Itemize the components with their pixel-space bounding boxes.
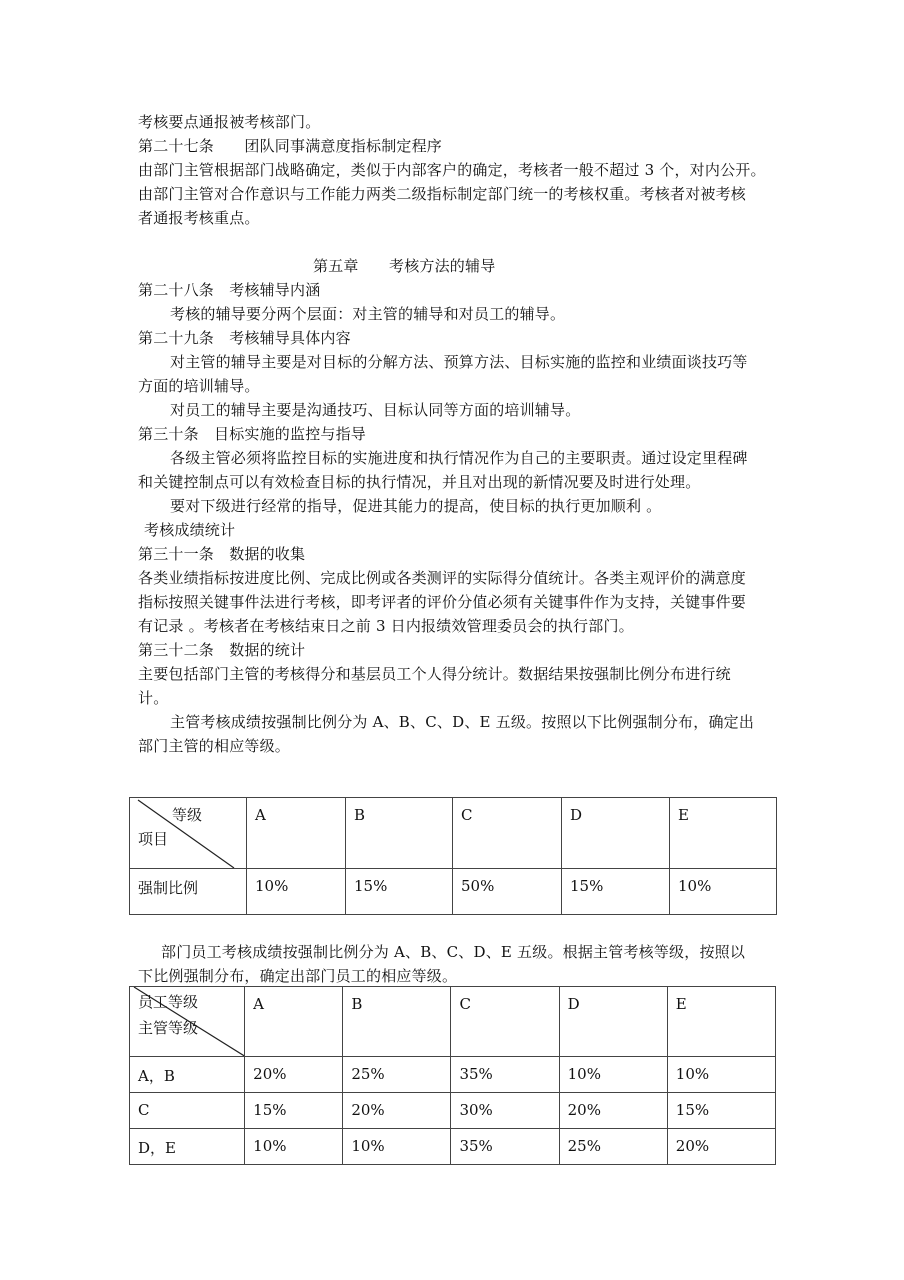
table-row: C 15% 20% 30% 20% 15%: [130, 1093, 776, 1129]
table-cell: 15%: [346, 869, 453, 915]
table-header-row: 等级 项目 A B C D E: [130, 798, 777, 869]
corner-label-bottom: 项目: [138, 828, 168, 849]
header-cell: E: [667, 987, 775, 1057]
diagonal-header-cell: 员工等级 主管等级: [130, 987, 245, 1057]
header-cell: B: [343, 987, 451, 1057]
row-label: 强制比例: [130, 869, 247, 915]
table-cell: 10%: [343, 1129, 451, 1165]
paragraph-line: 有记录 。考核者在考核结束日之前 3 日内报绩效管理委员会的执行部门。: [138, 614, 634, 638]
table-cell: 50%: [453, 869, 562, 915]
table-cell: 20%: [245, 1057, 343, 1093]
table-cell: 15%: [245, 1093, 343, 1129]
article-heading-30: 第三十条 目标实施的监控与指导: [138, 422, 366, 446]
paragraph-line: 部门员工考核成绩按强制比例分为 A、B、C、D、E 五级。根据主管考核等级，按照…: [161, 940, 745, 964]
table-cell: 20%: [559, 1093, 667, 1129]
table-header-row: 员工等级 主管等级 A B C D E: [130, 987, 776, 1057]
paragraph-line: 主管考核成绩按强制比例分为 A、B、C、D、E 五级。按照以下比例强制分布，确定…: [170, 710, 754, 734]
table-cell: 25%: [343, 1057, 451, 1093]
row-label: C: [130, 1093, 245, 1129]
paragraph-line: 对主管的辅导主要是对目标的分解方法、预算方法、目标实施的监控和业绩面谈技巧等: [170, 350, 748, 374]
article-heading-29: 第二十九条 考核辅导具体内容: [138, 326, 351, 350]
paragraph-line: 者通报考核重点。: [138, 206, 260, 230]
table-cell: 25%: [559, 1129, 667, 1165]
paragraph-line: 下比例强制分布，确定出部门员工的相应等级。: [138, 964, 457, 988]
supervisor-distribution-table: 等级 项目 A B C D E 强制比例 10% 15% 50% 15% 10%: [129, 797, 777, 915]
paragraph-line: 主要包括部门主管的考核得分和基层员工个人得分统计。数据结果按强制比例分布进行统: [138, 662, 731, 686]
table-cell: 30%: [451, 1093, 559, 1129]
table-cell: 10%: [667, 1057, 775, 1093]
article-heading-28: 第二十八条 考核辅导内涵: [138, 278, 320, 302]
table-row: D，E 10% 10% 35% 25% 20%: [130, 1129, 776, 1165]
table-cell: 10%: [247, 869, 346, 915]
corner-label-top: 员工等级: [138, 991, 198, 1012]
paragraph-line: 由部门主管对合作意识与工作能力两类二级指标制定部门统一的考核权重。考核者对被考核: [138, 182, 746, 206]
paragraph-line: 要对下级进行经常的指导，促进其能力的提高，使目标的执行更加顺利 。: [170, 494, 661, 518]
paragraph-line: 部门主管的相应等级。: [138, 734, 290, 758]
header-cell: C: [451, 987, 559, 1057]
header-cell: D: [559, 987, 667, 1057]
table-cell: 10%: [670, 869, 777, 915]
article-heading-31: 第三十一条 数据的收集: [138, 542, 305, 566]
table-cell: 20%: [667, 1129, 775, 1165]
row-label: D，E: [130, 1129, 245, 1165]
table-cell: 15%: [562, 869, 670, 915]
table-cell: 35%: [451, 1129, 559, 1165]
article-heading-32: 第三十二条 数据的统计: [138, 638, 305, 662]
header-cell: A: [245, 987, 343, 1057]
table-cell: 10%: [559, 1057, 667, 1093]
paragraph-line: 方面的培训辅导。: [138, 374, 260, 398]
chapter-title: 第五章 考核方法的辅导: [313, 254, 495, 278]
table-row: 强制比例 10% 15% 50% 15% 10%: [130, 869, 777, 915]
header-cell: B: [346, 798, 453, 869]
paragraph-line: 各级主管必须将监控目标的实施进度和执行情况作为自己的主要职责。通过设定里程碑: [170, 446, 748, 470]
section-heading-score-stats: 考核成绩统计: [144, 518, 235, 542]
table-cell: 15%: [667, 1093, 775, 1129]
table-row: A，B 20% 25% 35% 10% 10%: [130, 1057, 776, 1093]
diagonal-header-cell: 等级 项目: [130, 798, 247, 869]
corner-label-top: 等级: [172, 804, 202, 825]
paragraph-line: 对员工的辅导主要是沟通技巧、目标认同等方面的培训辅导。: [170, 398, 580, 422]
paragraph-line: 由部门主管根据部门战略确定，类似于内部客户的确定，考核者一般不超过 3 个，对内…: [138, 158, 766, 182]
paragraph-line: 考核的辅导要分两个层面：对主管的辅导和对员工的辅导。: [170, 302, 565, 326]
table-cell: 20%: [343, 1093, 451, 1129]
paragraph-line: 指标按照关键事件法进行考核，即考评者的评价分值必须有关键事件作为支持，关键事件要: [138, 590, 746, 614]
paragraph-line: 各类业绩指标按进度比例、完成比例或各类测评的实际得分值统计。各类主观评价的满意度: [138, 566, 746, 590]
paragraph-line: 计。: [138, 686, 168, 710]
article-heading-27: 第二十七条 团队同事满意度指标制定程序: [138, 134, 442, 158]
corner-label-bottom: 主管等级: [138, 1017, 198, 1038]
employee-distribution-table: 员工等级 主管等级 A B C D E A，B 20% 25% 35% 10% …: [129, 986, 776, 1165]
header-cell: D: [562, 798, 670, 869]
row-label: A，B: [130, 1057, 245, 1093]
document-page: 考核要点通报被考核部门。 第二十七条 团队同事满意度指标制定程序 由部门主管根据…: [0, 0, 904, 1280]
paragraph-line: 和关键控制点可以有效检查目标的执行情况，并且对出现的新情况要及时进行处理。: [138, 470, 700, 494]
table-cell: 35%: [451, 1057, 559, 1093]
header-cell: E: [670, 798, 777, 869]
header-cell: C: [453, 798, 562, 869]
header-cell: A: [247, 798, 346, 869]
paragraph-line: 考核要点通报被考核部门。: [138, 110, 320, 134]
table-cell: 10%: [245, 1129, 343, 1165]
